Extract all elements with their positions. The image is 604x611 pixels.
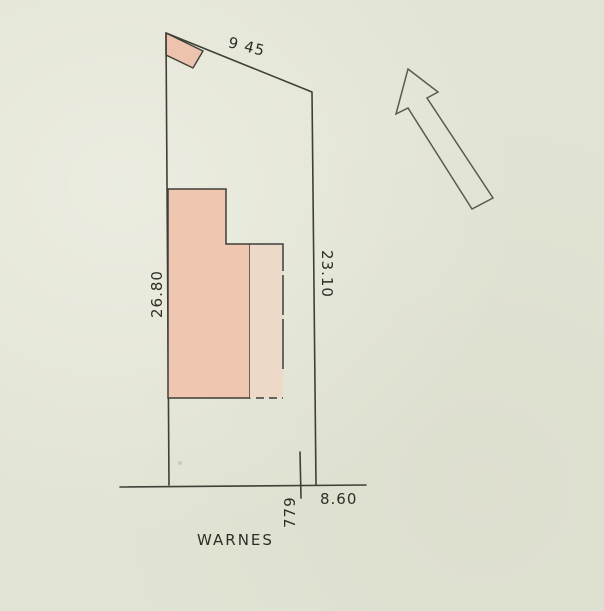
right-boundary-dimension: 23.10 [318, 250, 336, 298]
site-plan-sheet: 9 45 26.80 23.10 8.60 779 WARNES [0, 0, 604, 611]
corner-shaded-area [166, 33, 203, 68]
offset-marker [300, 452, 301, 498]
frontage-dimension: 8.60 [320, 490, 357, 508]
paper-mark [178, 461, 182, 465]
north-arrow-icon [396, 69, 493, 209]
street-line [120, 485, 366, 487]
street-name: WARNES [197, 531, 274, 549]
left-boundary-dimension: 26.80 [148, 270, 166, 318]
main-building [168, 189, 250, 398]
top-boundary-dimension: 9 45 [226, 33, 267, 60]
site-plan-drawing: 9 45 26.80 23.10 8.60 779 WARNES [0, 0, 604, 611]
building-annex [250, 244, 283, 398]
offset-dimension: 779 [281, 496, 299, 528]
